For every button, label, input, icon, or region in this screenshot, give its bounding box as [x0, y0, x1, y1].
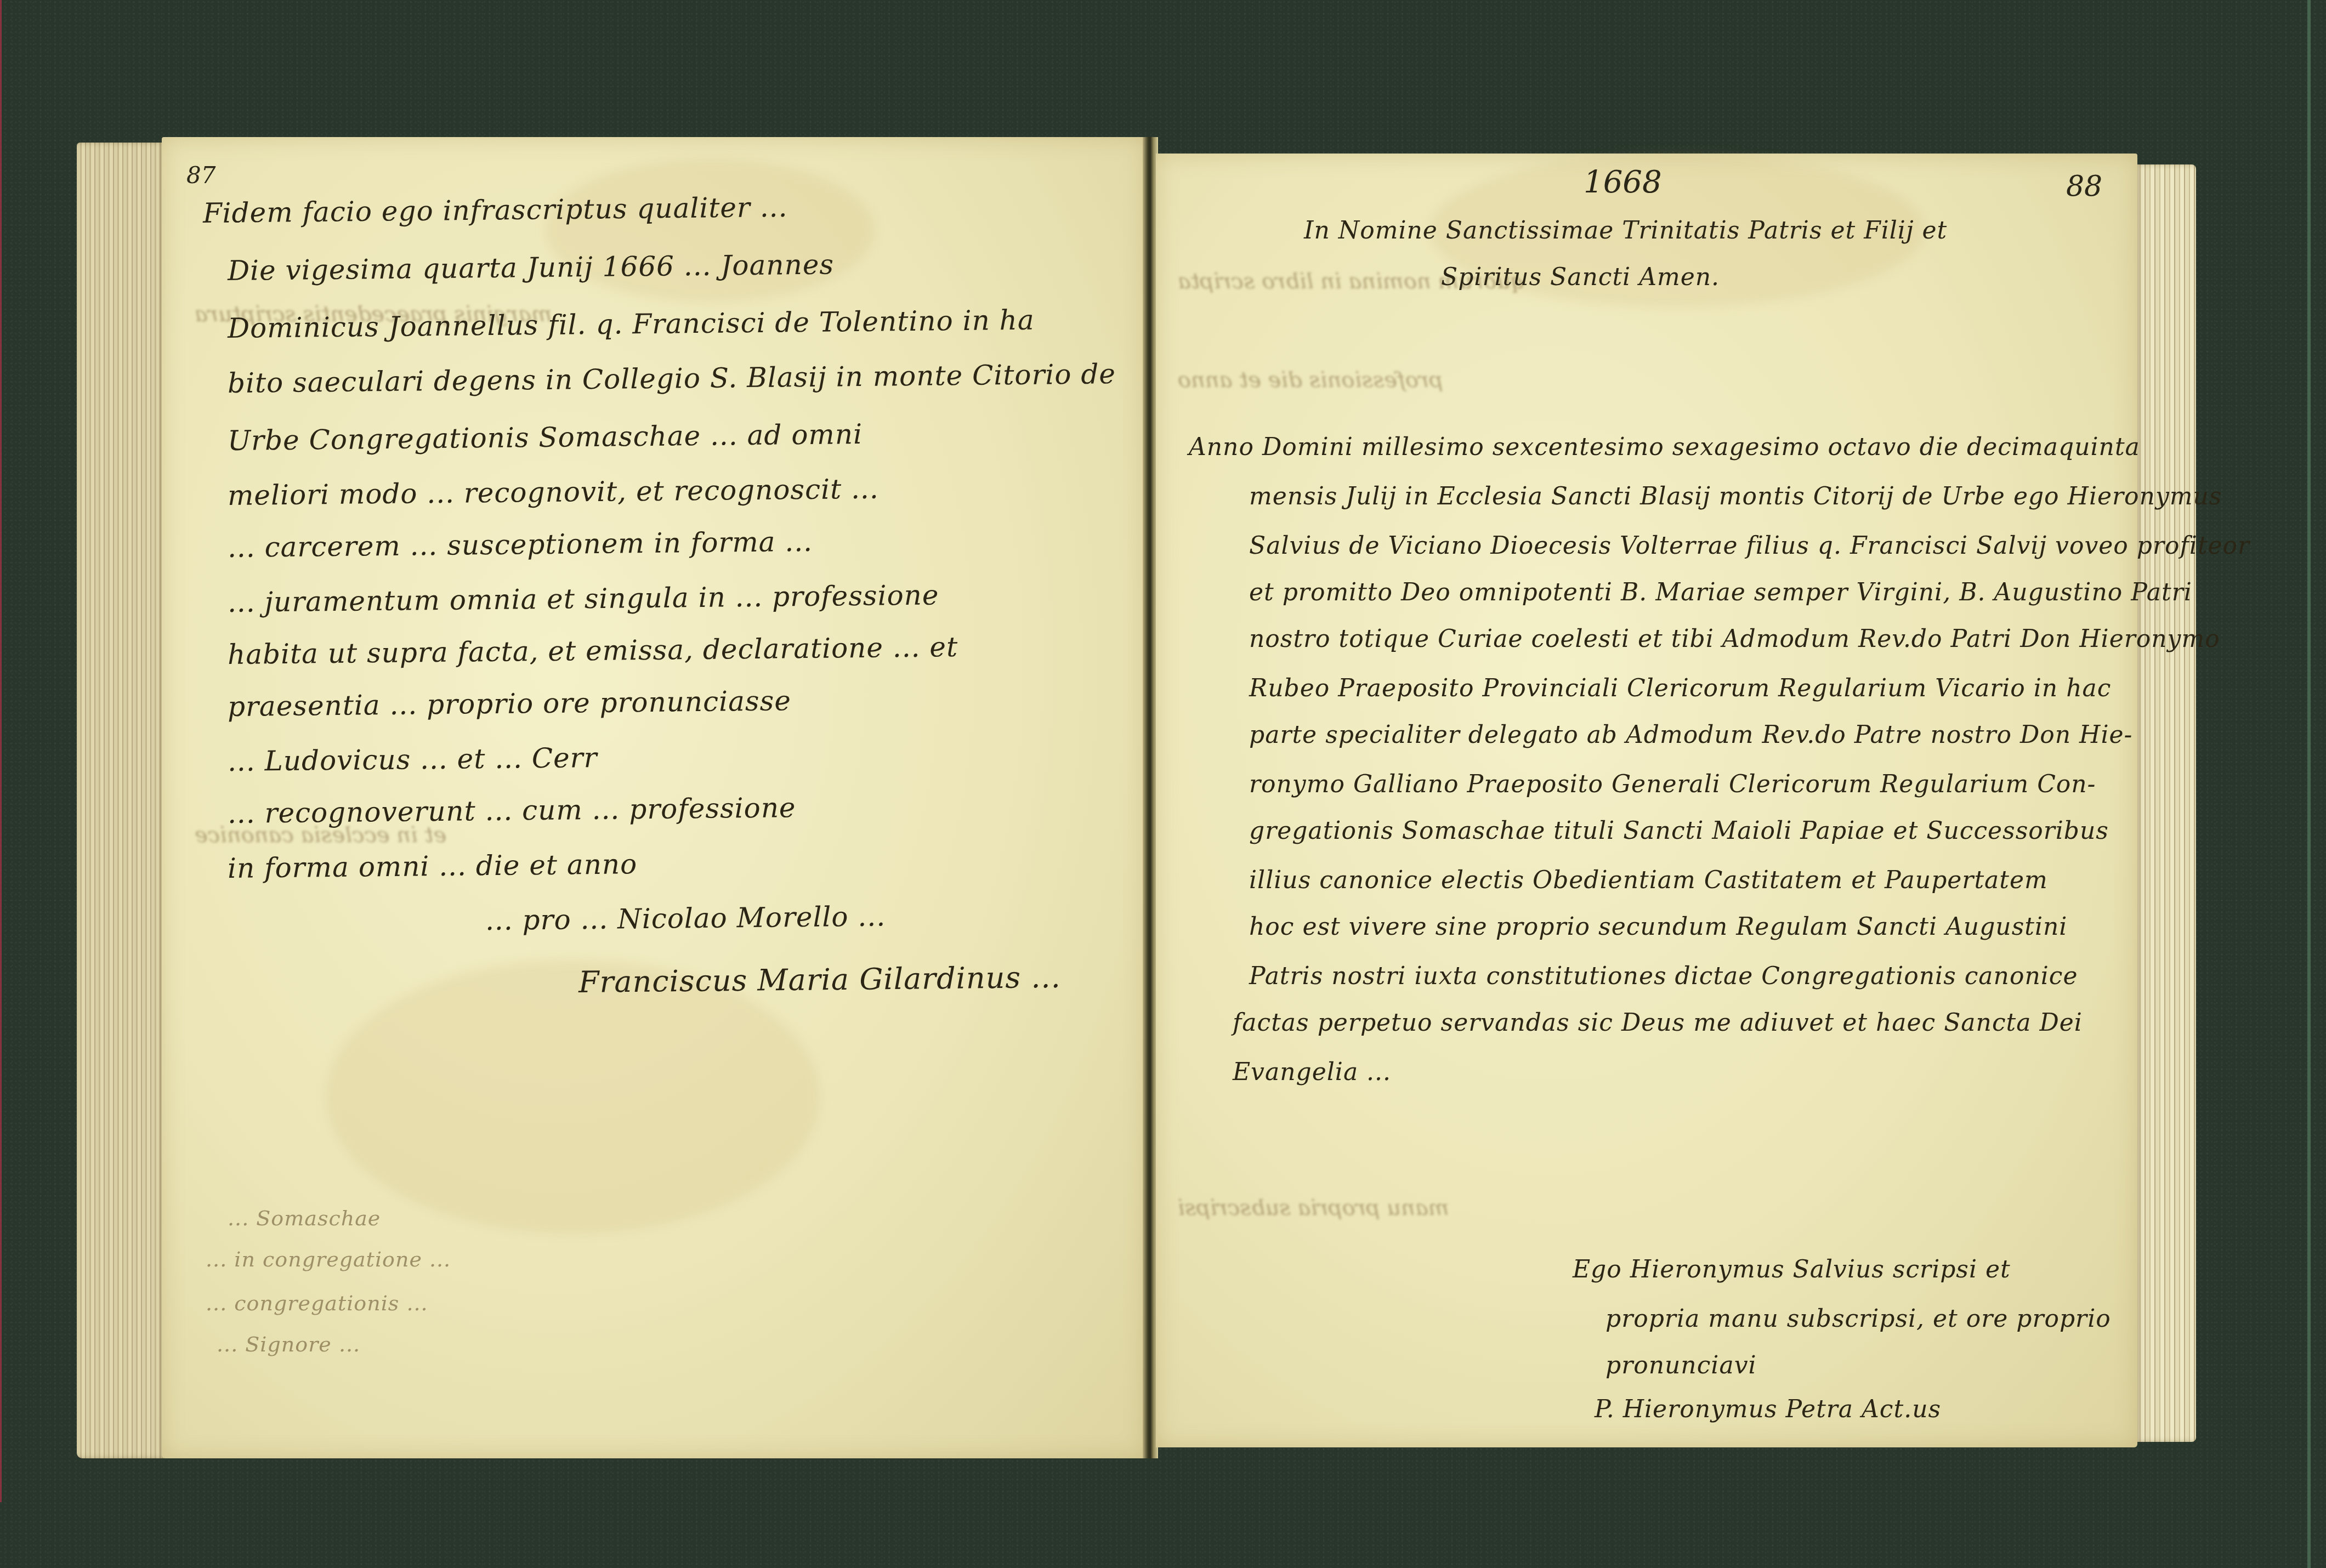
faint-note: ... congregationis ...	[206, 1291, 428, 1315]
text-line: Urbe Congregationis Somaschae ... ad omn…	[228, 418, 863, 457]
text-line: illius canonice electis Obedientiam Cast…	[1249, 866, 2048, 894]
text-line: et promitto Deo omnipotenti B. Mariae se…	[1249, 578, 2192, 606]
text-line: meliori modo ... recognovit, et recognos…	[228, 473, 879, 512]
text-line: Anno Domini millesimo sexcentesimo sexag…	[1189, 433, 2140, 461]
text-line: gregationis Somaschae tituli Sancti Maio…	[1249, 817, 2109, 845]
page-number: 87	[186, 162, 215, 189]
text-line: habita ut supra facta, et emissa, declar…	[228, 631, 958, 671]
text-line: Salvius de Viciano Dioecesis Volterrae f…	[1249, 532, 2250, 560]
signature-line: Ego Hieronymus Salvius scripsi et	[1573, 1255, 2011, 1283]
text-line: Die vigesima quarta Junij 1666 ... Joann…	[228, 248, 835, 287]
text-line: ... recognoverunt ... cum ... profession…	[228, 792, 796, 830]
glass-plate-edge	[2307, 0, 2311, 1568]
text-line: Fidem facio ego infrascriptus qualiter .…	[203, 191, 788, 229]
text-line: factas perpetuo servandas sic Deus me ad…	[1233, 1009, 2083, 1037]
open-register-book: 87 marginis praecedentis scriptura et in…	[77, 137, 2199, 1464]
text-line: ... carcerem ... susceptionem in forma .…	[228, 526, 813, 564]
left-page: 87 marginis praecedentis scriptura et in…	[162, 137, 1146, 1458]
text-line: Spiritus Sancti Amen.	[1441, 263, 1720, 291]
signature: Franciscus Maria Gilardinus ...	[578, 960, 1061, 999]
text-line: ... juramentum omnia et singula in ... p…	[228, 579, 939, 618]
left-page-edges	[77, 143, 164, 1458]
text-line: In Nomine Sanctissimae Trinitatis Patris…	[1304, 217, 1947, 245]
signature-line: propria manu subscripsi, et ore proprio	[1605, 1305, 2111, 1333]
scan-edge-artifact	[0, 0, 2, 1502]
text-line: nostro totique Curiae coelesti et tibi A…	[1249, 625, 2220, 653]
text-line: in forma omni ... die et anno	[228, 848, 638, 884]
text-line: ronymo Galliano Praeposito Generali Cler…	[1249, 770, 2096, 798]
text-line: Evangelia ...	[1233, 1058, 1391, 1086]
faint-note: ... in congregatione ...	[206, 1247, 451, 1271]
text-line: ... pro ... Nicolao Morello ...	[485, 900, 886, 936]
signature-line: pronunciavi	[1605, 1351, 1757, 1379]
right-page-edges	[2136, 164, 2196, 1442]
signature-line: P. Hieronymus Petra Act.us	[1595, 1395, 1941, 1423]
year-header: 1668	[1584, 164, 1662, 200]
faint-note: ... Signore ...	[217, 1332, 360, 1356]
text-line: bito saeculari degens in Collegio S. Bla…	[228, 358, 1116, 399]
text-line: Rubeo Praeposito Provinciali Clericorum …	[1249, 674, 2111, 702]
page-number: 88	[2066, 170, 2102, 203]
bleed-through-text: professionis die et anno	[1178, 367, 1443, 393]
text-line: mensis Julij in Ecclesia Sancti Blasij m…	[1249, 482, 2222, 510]
text-line: parte specialiter delegato ab Admodum Re…	[1249, 721, 2132, 749]
text-line: Patris nostri iuxta constitutiones dicta…	[1249, 962, 2078, 990]
bleed-through-text: manu propria subscripsi	[1178, 1195, 1449, 1220]
text-line: hoc est vivere sine proprio secundum Reg…	[1249, 913, 2067, 941]
water-stain	[326, 959, 820, 1234]
text-line: praesentia ... proprio ore pronunciasse	[228, 685, 791, 723]
text-line: ... Ludovicus ... et ... Cerr	[228, 742, 598, 777]
right-page: 1668 88 quorum nomina in libro scripta p…	[1156, 154, 2137, 1447]
faint-note: ... Somaschae	[228, 1206, 381, 1230]
